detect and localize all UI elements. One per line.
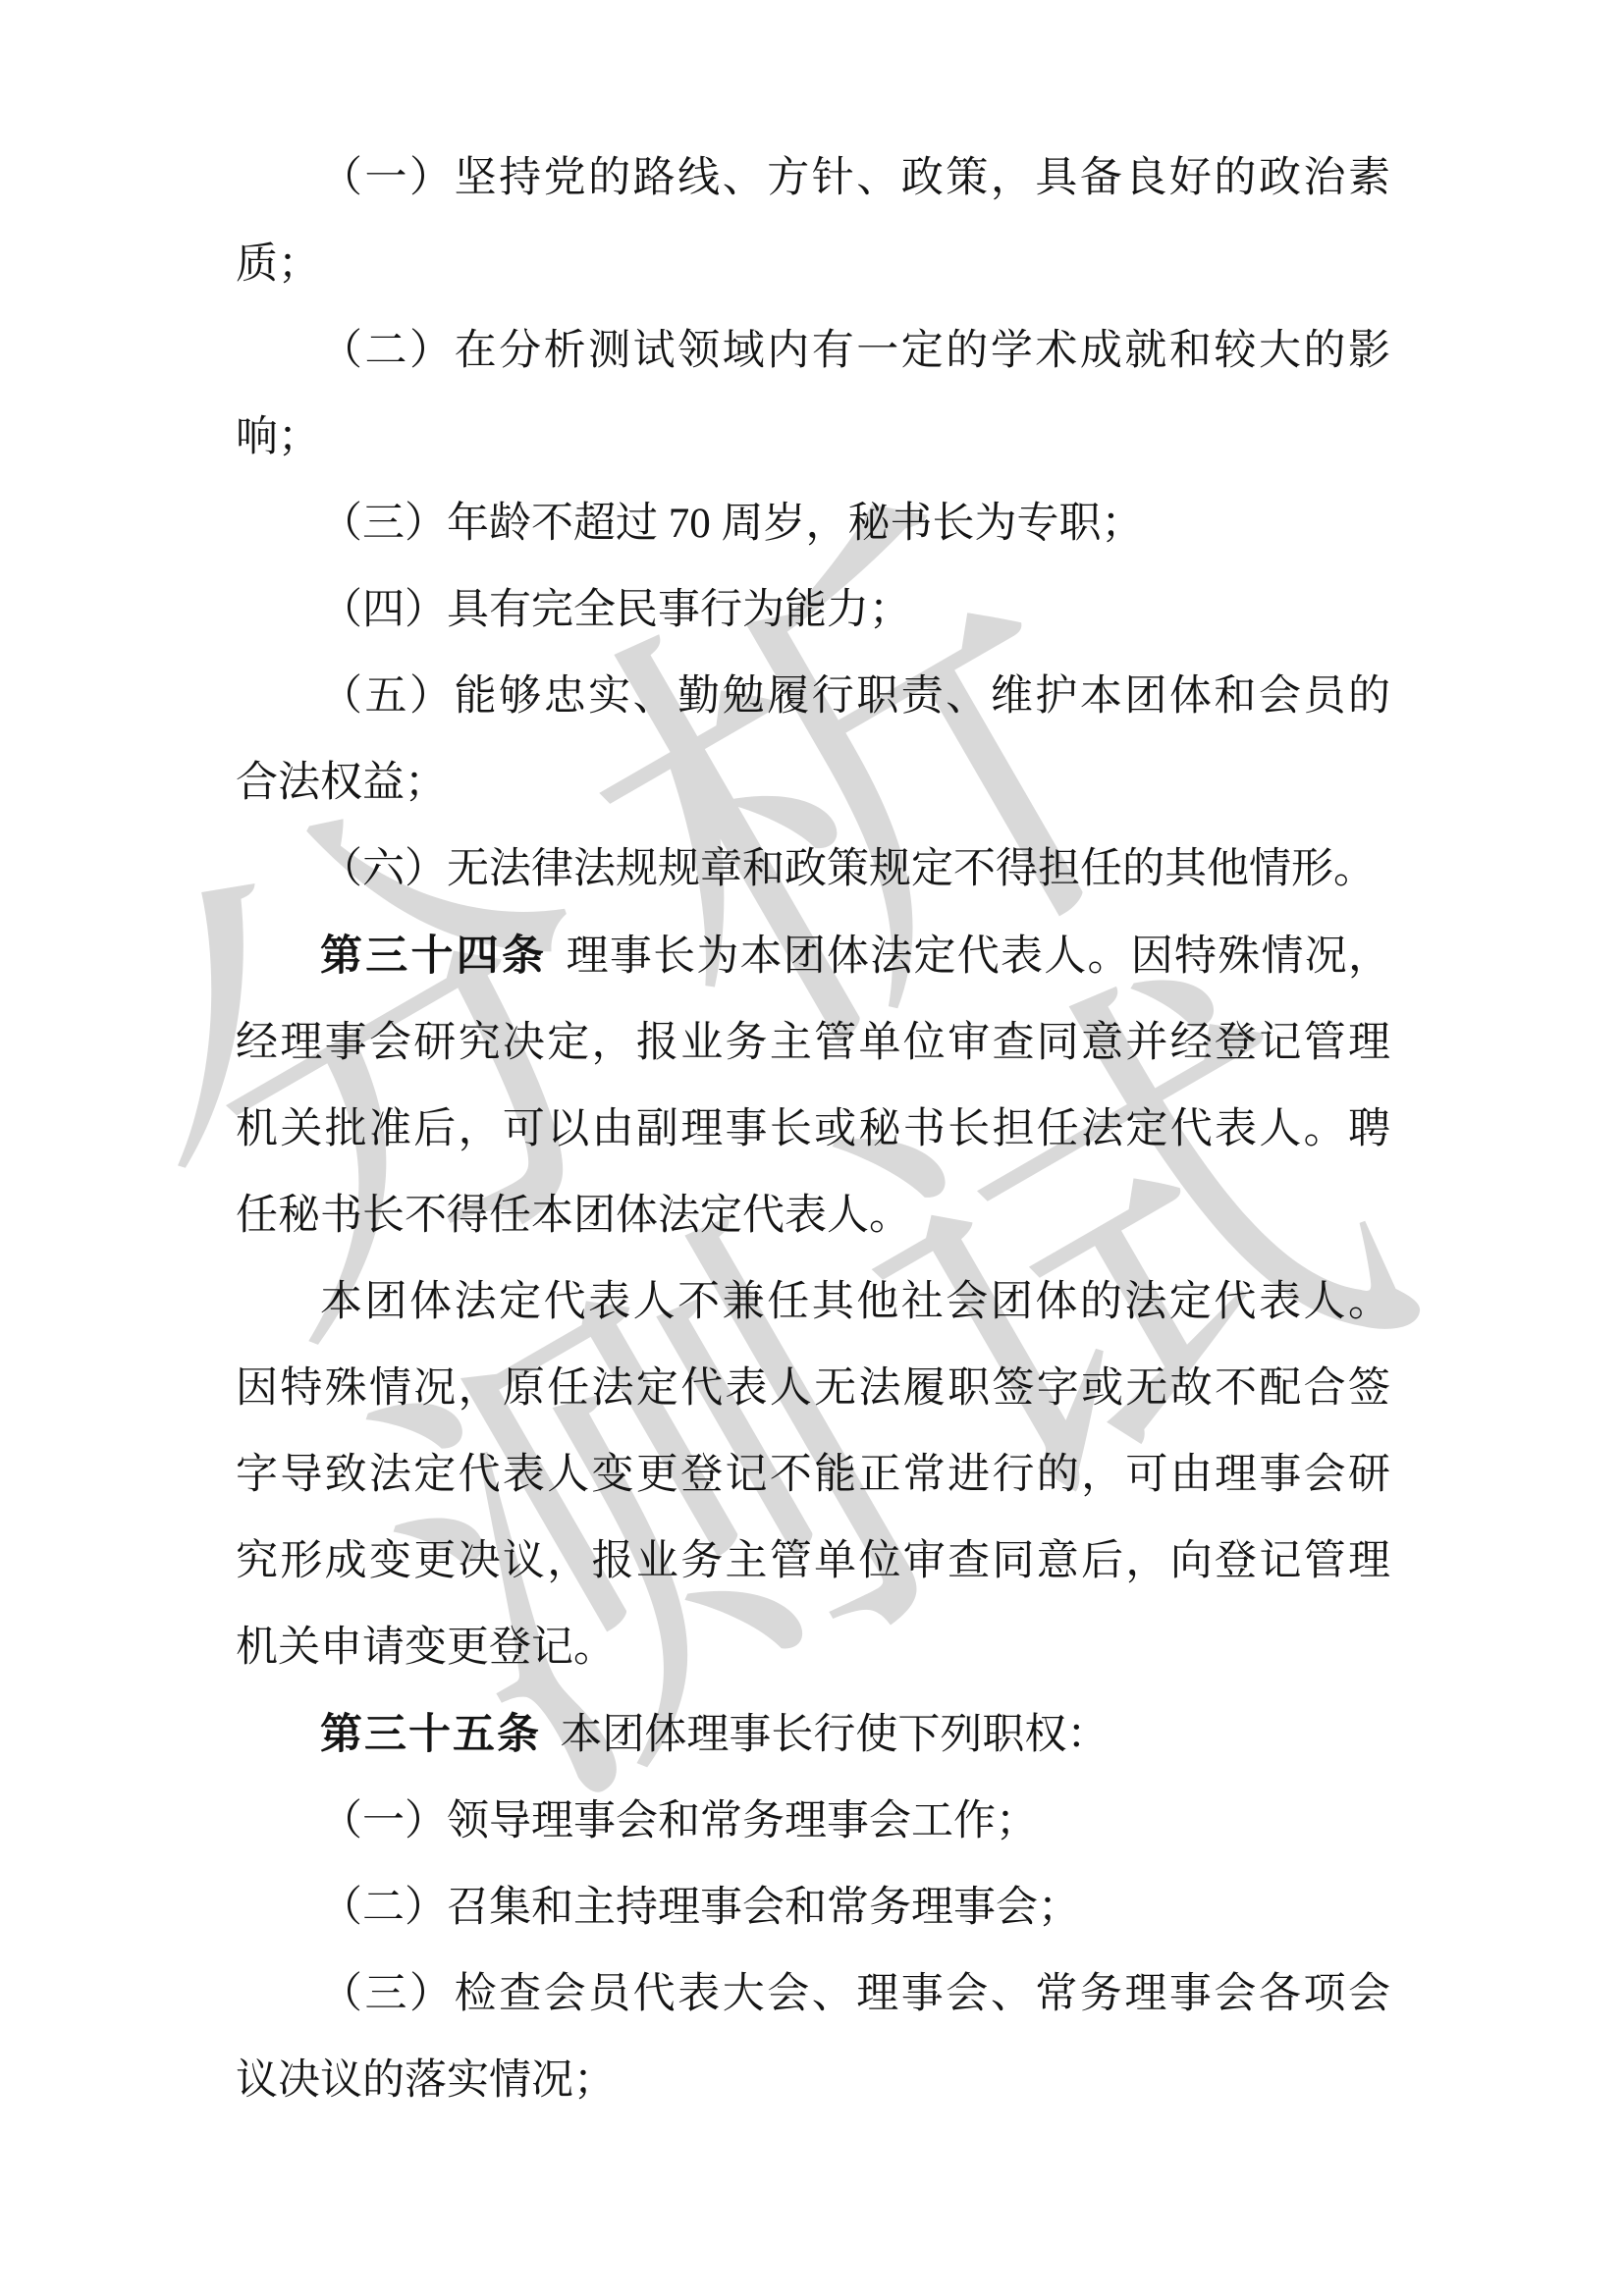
paragraph: （一）领导理事会和常务理事会工作； <box>236 1779 1390 1865</box>
document-line: （一）领导理事会和常务理事会工作； <box>236 1779 1390 1865</box>
document-line: 任秘书长不得任本团体法定代表人。 <box>236 1173 1390 1259</box>
document-line: 本团体法定代表人不兼任其他社会团体的法定代表人。 <box>236 1259 1390 1346</box>
document-line: 究形成变更决议，报业务主管单位审查同意后，向登记管理 <box>236 1519 1390 1605</box>
paragraph: （四）具有完全民事行为能力； <box>236 567 1390 654</box>
document-line: 因特殊情况，原任法定代表人无法履职签字或无故不配合签 <box>236 1346 1390 1432</box>
document-line: 字导致法定代表人变更登记不能正常进行的，可由理事会研 <box>236 1432 1390 1519</box>
document-line: 机关申请变更登记。 <box>236 1605 1390 1691</box>
document-line: 第三十五条本团体理事长行使下列职权： <box>236 1691 1390 1779</box>
paragraph: （五）能够忠实、勤勉履行职责、维护本团体和会员的合法权益； <box>236 654 1390 827</box>
document-page: 分析 测试 （一）坚持党的路线、方针、政策，具备良好的政治素质；（二）在分析测试… <box>0 0 1624 2296</box>
document-line: （五）能够忠实、勤勉履行职责、维护本团体和会员的 <box>236 654 1390 740</box>
article-number: 第三十四条 <box>320 933 547 980</box>
document-line: 经理事会研究决定，报业务主管单位审查同意并经登记管理 <box>236 1000 1390 1087</box>
document-line: 第三十四条理事长为本团体法定代表人。因特殊情况， <box>236 913 1390 1000</box>
document-line: （一）坚持党的路线、方针、政策，具备良好的政治素 <box>236 135 1390 222</box>
article-number: 第三十五条 <box>320 1711 541 1758</box>
document-line: 响； <box>236 395 1390 481</box>
paragraph: 本团体法定代表人不兼任其他社会团体的法定代表人。因特殊情况，原任法定代表人无法履… <box>236 1259 1390 1691</box>
document-line: （三）年龄不超过 70 周岁，秘书长为专职； <box>236 481 1390 567</box>
paragraph: 第三十五条本团体理事长行使下列职权： <box>236 1691 1390 1779</box>
document-line: （二）召集和主持理事会和常务理事会； <box>236 1865 1390 1951</box>
document-line: （二）在分析测试领域内有一定的学术成就和较大的影 <box>236 308 1390 395</box>
paragraph: （二）在分析测试领域内有一定的学术成就和较大的影响； <box>236 308 1390 481</box>
document-line: 机关批准后，可以由副理事长或秘书长担任法定代表人。聘 <box>236 1087 1390 1173</box>
paragraph: （三）检查会员代表大会、理事会、常务理事会各项会议决议的落实情况； <box>236 1951 1390 2124</box>
document-line: （四）具有完全民事行为能力； <box>236 567 1390 654</box>
paragraph: （六）无法律法规规章和政策规定不得担任的其他情形。 <box>236 827 1390 913</box>
document-line: 合法权益； <box>236 740 1390 827</box>
document-line: （六）无法律法规规章和政策规定不得担任的其他情形。 <box>236 827 1390 913</box>
document-line: 质； <box>236 222 1390 308</box>
paragraph: （三）年龄不超过 70 周岁，秘书长为专职； <box>236 481 1390 567</box>
paragraph: 第三十四条理事长为本团体法定代表人。因特殊情况，经理事会研究决定，报业务主管单位… <box>236 913 1390 1259</box>
document-line: （三）检查会员代表大会、理事会、常务理事会各项会 <box>236 1951 1390 2038</box>
document-line: 议决议的落实情况； <box>236 2038 1390 2124</box>
text-block: （一）坚持党的路线、方针、政策，具备良好的政治素质；（二）在分析测试领域内有一定… <box>236 135 1390 2124</box>
paragraph: （一）坚持党的路线、方针、政策，具备良好的政治素质； <box>236 135 1390 308</box>
paragraph: （二）召集和主持理事会和常务理事会； <box>236 1865 1390 1951</box>
